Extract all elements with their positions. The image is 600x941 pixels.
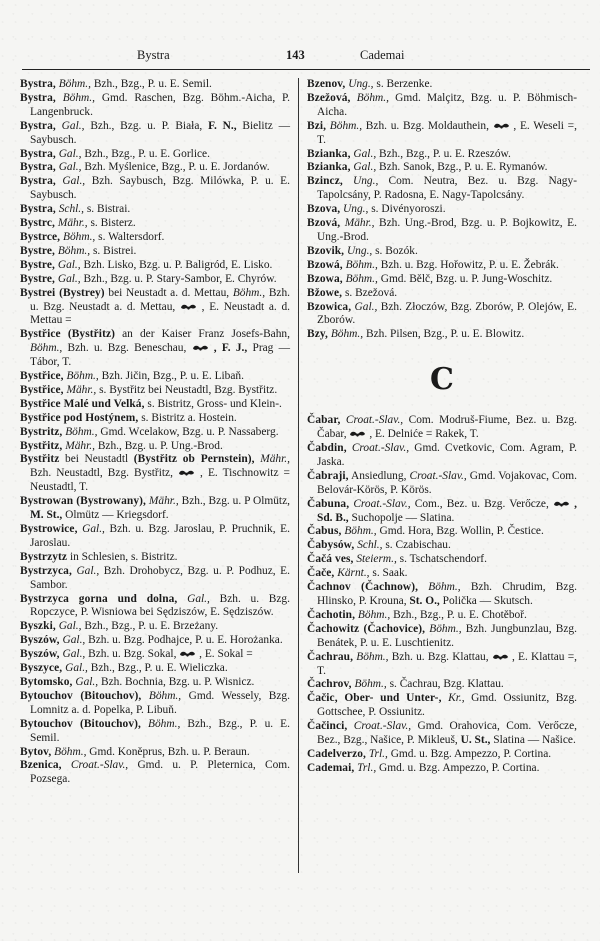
entry-headword: Čachotin, bbox=[307, 609, 355, 621]
entry-body: s. Bozók. bbox=[375, 245, 418, 257]
header-rule bbox=[22, 69, 590, 70]
entry-region: Böhm., bbox=[358, 609, 390, 621]
entry-region: Gal., bbox=[62, 175, 85, 187]
entry-region: Trl., bbox=[369, 748, 388, 760]
entry-body-continued: , E. Delniće = Rakek, T. bbox=[369, 428, 478, 440]
entry-qualifier: Ansiedlung, bbox=[351, 470, 406, 482]
gazetteer-entry: Cademai, Trl., Gmd. u. Bzg. Ampezzo, P. … bbox=[307, 762, 577, 776]
gazetteer-entry: Čachotin, Böhm., Bzh., Bzg., P. u. E. Ch… bbox=[307, 609, 577, 623]
entry-region: Mähr., bbox=[65, 440, 95, 452]
gazetteer-entry: Bystra, Gal., Bzh. Saybusch, Bzg. Milówk… bbox=[20, 175, 290, 203]
post-horn-icon bbox=[179, 650, 196, 658]
entry-region: Gal., bbox=[353, 148, 376, 160]
entry-body: s. Bistritz a. Hostein. bbox=[141, 412, 237, 424]
entry-headword: Bystrowan (Bystrowany), bbox=[20, 495, 146, 507]
entry-region: Schl., bbox=[59, 203, 84, 215]
entry-region: Böhm., bbox=[330, 120, 362, 132]
entry-region: Gal., bbox=[75, 676, 98, 688]
entry-region: Mähr., bbox=[149, 495, 179, 507]
gazetteer-entry: Bytov, Böhm., Gmd. Koněprus, Bzh. u. P. … bbox=[20, 746, 290, 760]
page-header: Bystra 143 Cademai bbox=[22, 48, 590, 64]
entry-headword: Čachrau, bbox=[307, 651, 353, 663]
gazetteer-entry: Bystre, Gal., Bzh., Bzg. u. P. Stary-Sam… bbox=[20, 273, 290, 287]
entry-headword: Bystra, bbox=[20, 120, 56, 132]
entry-body: Gmd. u. P. Pleternica, Com. Pozsega. bbox=[30, 759, 290, 785]
entry-headword: Čachowitz (Čachovice), bbox=[307, 623, 425, 635]
entry-body: s. Bisterz. bbox=[90, 217, 135, 229]
entry-headword: Bzenica, bbox=[20, 759, 62, 771]
entry-headword: Bzy, bbox=[307, 328, 328, 340]
entry-body: Gmd. Wcelakow, Bzg. u. P. Nassaberg. bbox=[100, 426, 278, 438]
entry-headword: Bystřitz bbox=[20, 453, 59, 465]
entry-region: Mähr., bbox=[345, 217, 375, 229]
gazetteer-entry: Byszów, Gal., Bzh. u. Bzg. Sokal, , E. S… bbox=[20, 648, 290, 662]
entry-body: Bzh. u. Bzg. Beneschau, bbox=[68, 342, 187, 354]
entry-region: Böhm., bbox=[233, 287, 265, 299]
gazetteer-entry: Bzowá, Böhm., Bzh. u. Bzg. Hořowitz, P. … bbox=[307, 259, 577, 273]
entry-region: Böhm., bbox=[346, 273, 378, 285]
entry-region: Ung., bbox=[353, 175, 378, 187]
entry-region: Gal., bbox=[59, 620, 82, 632]
entry-headword: Byszyce, bbox=[20, 662, 62, 674]
entry-station-marker: St. O., bbox=[409, 595, 439, 607]
entry-headword: Bystrzytz bbox=[20, 551, 67, 563]
post-horn-icon bbox=[180, 303, 197, 311]
gazetteer-entry: Bystritz, Böhm., Gmd. Wcelakow, Bzg. u. … bbox=[20, 426, 290, 440]
entry-headword: Čabus, bbox=[307, 525, 341, 537]
gazetteer-entry: Bzežová, Böhm., Gmd. Malçitz, Bzg. u. P.… bbox=[307, 92, 577, 120]
entry-body: Bzh. Lisko, Bzg. u. P. Baligród, E. Lisk… bbox=[84, 259, 273, 271]
entry-headword: Bystra, bbox=[20, 148, 56, 160]
entry-body: s. Bistrai. bbox=[87, 203, 130, 215]
gazetteer-entry: Bystřice Malé und Velká, s. Bistritz, Gr… bbox=[20, 398, 290, 412]
entry-region: Gal., bbox=[62, 648, 85, 660]
entry-body-continued: Olmütz — Kriegsdorf. bbox=[65, 509, 168, 521]
entry-headword: Bystřice (Bystřitz) bbox=[20, 328, 115, 340]
entry-body: s. Bzežová. bbox=[345, 287, 397, 299]
entry-region: Mähr., bbox=[260, 453, 290, 465]
gazetteer-entry: Bystra, Gal., Bzh. Myślenice, Bzg., P. u… bbox=[20, 161, 290, 175]
gazetteer-entry: Bystrei (Bystrey) bei Neustadt a. d. Met… bbox=[20, 287, 290, 329]
entry-body: Bzh., Bzg. u. P Olmütz, bbox=[182, 495, 290, 507]
gazetteer-entry: Bzová, Mähr., Bzh. Ung.-Brod, Bzg. u. P.… bbox=[307, 217, 577, 245]
entry-station-marker: , F. J., bbox=[214, 342, 247, 354]
entry-region: Gal., bbox=[59, 161, 82, 173]
gazetteer-entry: Bystra, Böhm., Bzh., Bzg., P. u. E. Semi… bbox=[20, 78, 290, 92]
left-column: Bystra, Böhm., Bzh., Bzg., P. u. E. Semi… bbox=[20, 78, 290, 787]
entry-headword: Bzowa, bbox=[307, 273, 343, 285]
gazetteer-entry: Bzowa, Böhm., Gmd. Bělč, Bzg. u. P. Jung… bbox=[307, 273, 577, 287]
gazetteer-entry: Bzincz, Ung., Com. Neutra, Bez. u. Bzg. … bbox=[307, 175, 577, 203]
entry-region: Kärnt., bbox=[337, 567, 369, 579]
entry-body: Bzh. u. Bzg. Klattau, bbox=[392, 651, 489, 663]
entry-headword: Bystra, bbox=[20, 92, 56, 104]
gazetteer-entry: Čachowitz (Čachovice), Böhm., Bzh. Jungb… bbox=[307, 623, 577, 651]
entry-body: Bzh. Neustadtl, Bzg. Bystřitz, bbox=[30, 467, 173, 479]
entry-region: Croat.-Slav., bbox=[71, 759, 128, 771]
entry-headword: Cadelverzo, bbox=[307, 748, 366, 760]
entry-region: Gal., bbox=[353, 161, 376, 173]
entry-headword: Bzowá, bbox=[307, 259, 343, 271]
entry-body: Com., Bez. u. Bzg. Verőcze, bbox=[415, 498, 549, 510]
gazetteer-entry: Bystrzyca gorna und dolna, Gal., Bzh. u.… bbox=[20, 593, 290, 621]
gazetteer-entry: Bystra, Böhm., Gmd. Raschen, Bzg. Böhm.-… bbox=[20, 92, 290, 120]
entry-region: Gal., bbox=[65, 662, 88, 674]
gazetteer-entry: Bystřitz, Mähr., Bzh., Bzg. u. P. Ung.-B… bbox=[20, 440, 290, 454]
entry-headword-alt: (Bystřitz ob Pernstein), bbox=[134, 453, 255, 465]
entry-body: Bzh. u. Bzg. Hořowitz, P. u. E. Žebrák. bbox=[381, 259, 559, 271]
entry-headword: Byszki, bbox=[20, 620, 56, 632]
gazetteer-entry: Bystřice, Böhm., Bzh. Jičin, Bzg., P. u.… bbox=[20, 370, 290, 384]
entry-headword: Čabuna, bbox=[307, 498, 349, 510]
gazetteer-entry: Čačic, Ober- und Unter-, Kr., Gmd. Ossiu… bbox=[307, 692, 577, 720]
entry-region: Böhm., bbox=[54, 746, 86, 758]
entry-headword: Bystřice pod Hostýnem, bbox=[20, 412, 138, 424]
gazetteer-entry: Čabus, Böhm., Gmd. Hora, Bzg. Wollin, P.… bbox=[307, 525, 577, 539]
entry-body: Bzh., Bzg. u. P. Ung.-Brod. bbox=[98, 440, 223, 452]
gazetteer-entry: Bystřice pod Hostýnem, s. Bistritz a. Ho… bbox=[20, 412, 290, 426]
right-column: Bzenov, Ung., s. Berzenke. Bzežová, Böhm… bbox=[307, 78, 577, 776]
entry-region: Gal., bbox=[82, 523, 105, 535]
gazetteer-entry: Bzovik, Ung., s. Bozók. bbox=[307, 245, 577, 259]
gazetteer-entry: Bzova, Ung., s. Divényoroszi. bbox=[307, 203, 577, 217]
post-horn-icon bbox=[553, 500, 570, 508]
entry-headword: Bystřice, bbox=[20, 384, 64, 396]
entry-body: s. Berzenke. bbox=[376, 78, 432, 90]
entry-body: Bzh., Bzg. u. P. Stary-Sambor, E. Chyrów… bbox=[84, 273, 277, 285]
entry-region: Croat.-Slav., bbox=[353, 498, 410, 510]
entry-region: Croat.-Slav., bbox=[352, 442, 409, 454]
entry-station-marker: M. St., bbox=[30, 509, 62, 521]
entry-body: Bzh., Bzg., P. u. E. Brzeżany. bbox=[84, 620, 218, 632]
entry-headword: Bytomsko, bbox=[20, 676, 72, 688]
c-entries: Čabar, Croat.-Slav., Com. Modruš-Fiume, … bbox=[307, 414, 577, 776]
entry-region: Gal., bbox=[58, 259, 81, 271]
gazetteer-entry: Bzenica, Croat.-Slav., Gmd. u. P. Pleter… bbox=[20, 759, 290, 787]
gazetteer-entry: Bystřitz bei Neustadtl (Bystřitz ob Pern… bbox=[20, 453, 290, 495]
entry-region: Böhm., bbox=[356, 651, 388, 663]
b-entries: Bzenov, Ung., s. Berzenke. Bzežová, Böhm… bbox=[307, 78, 577, 342]
entry-headword: Bzianka, bbox=[307, 161, 351, 173]
page-number: 143 bbox=[286, 48, 305, 63]
entry-body: s. Bystřitz bei Neustadtl, Bzg. Bystřitz… bbox=[99, 384, 277, 396]
entry-body: s. Bistritz, Gross- und Klein-. bbox=[147, 398, 281, 410]
gazetteer-entry: Čačá ves, Steierm., s. Tschatschendorf. bbox=[307, 553, 577, 567]
entry-headword: Bzova, bbox=[307, 203, 340, 215]
entry-headword: Čabysów, bbox=[307, 539, 354, 551]
entry-headword: Bystrce, bbox=[20, 231, 60, 243]
entry-region: Mähr., bbox=[58, 217, 88, 229]
entry-headword: Čabdin, bbox=[307, 442, 347, 454]
entry-region: Gal., bbox=[62, 634, 85, 646]
entry-body: s. Tschatschendorf. bbox=[400, 553, 487, 565]
entry-headword: Bystre, bbox=[20, 273, 55, 285]
entry-headword: Čabar, bbox=[307, 414, 340, 426]
entry-region: Gal., bbox=[187, 593, 210, 605]
gazetteer-entry: Byszki, Gal., Bzh., Bzg., P. u. E. Brzeż… bbox=[20, 620, 290, 634]
entry-headword: Byszów, bbox=[20, 634, 60, 646]
entry-headword: Bzi, bbox=[307, 120, 326, 132]
gazetteer-entry: Bystre, Böhm., s. Bistrei. bbox=[20, 245, 290, 259]
post-horn-icon bbox=[349, 430, 366, 438]
entry-region: Böhm., bbox=[428, 581, 460, 593]
entry-region: Böhm., bbox=[148, 718, 180, 730]
entry-body: Bzh. Sanok, Bzg., P. u. E. Rymanów. bbox=[379, 161, 547, 173]
entry-region: Böhm., bbox=[344, 525, 376, 537]
entry-station-marker: U. St., bbox=[461, 734, 491, 746]
entry-region: Croat.-Slav., bbox=[346, 414, 403, 426]
entry-body: s. Saak. bbox=[372, 567, 407, 579]
entry-qualifier: bei Neustadtl bbox=[65, 453, 128, 465]
gazetteer-entry: Bzi, Böhm., Bzh. u. Bzg. Moldauthein, , … bbox=[307, 120, 577, 148]
entry-region: Böhm., bbox=[30, 342, 62, 354]
entry-headword: Bystřice, bbox=[20, 370, 64, 382]
entry-region: Gal., bbox=[59, 148, 82, 160]
gazetteer-entry: Bzy, Böhm., Bzh. Pilsen, Bzg., P. u. E. … bbox=[307, 328, 577, 342]
entry-body: Gmd. Hora, Bzg. Wollin, P. Čestice. bbox=[379, 525, 543, 537]
gazetteer-entry: Bžowe, s. Bzežová. bbox=[307, 287, 577, 301]
entry-headword: Bžowe, bbox=[307, 287, 342, 299]
entry-body: Bzh., Bzg., P. u. E. Wieliczka. bbox=[91, 662, 228, 674]
entry-headword: Bystra, bbox=[20, 203, 56, 215]
entry-body: Bzh. u. Bzg. Sokal, bbox=[88, 648, 176, 660]
gazetteer-entry: Čachrov, Böhm., s. Čachrau, Bzg. Klattau… bbox=[307, 678, 577, 692]
entry-region: Böhm., bbox=[331, 328, 363, 340]
column-divider bbox=[298, 78, 299, 873]
entry-region: Gal., bbox=[76, 565, 99, 577]
entry-body-continued: , E. Sokal = bbox=[199, 648, 253, 660]
post-horn-icon bbox=[192, 344, 209, 352]
entry-headword: Bzovik, bbox=[307, 245, 344, 257]
entry-region: Böhm., bbox=[346, 259, 378, 271]
gazetteer-entry: Bystřice, Mähr., s. Bystřitz bei Neustad… bbox=[20, 384, 290, 398]
entry-body: s. Bistrei. bbox=[93, 245, 136, 257]
entry-region: Steierm., bbox=[356, 553, 397, 565]
gazetteer-entry: Čabdin, Croat.-Slav., Gmd. Cvetkovic, Co… bbox=[307, 442, 577, 470]
entry-headword: Bystřitz, bbox=[20, 440, 62, 452]
entry-headword: Cademai, bbox=[307, 762, 354, 774]
entry-station-marker: F. N., bbox=[208, 120, 237, 132]
entry-body: s. Waltersdorf. bbox=[98, 231, 164, 243]
entry-headword: Čachnov (Čachnow), bbox=[307, 581, 418, 593]
gazetteer-entry: Bystrowice, Gal., Bzh. u. Bzg. Jaroslau,… bbox=[20, 523, 290, 551]
entry-headword: Bystritz, bbox=[20, 426, 62, 438]
entry-region: Böhm., bbox=[63, 231, 95, 243]
entry-headword: Čačinci, bbox=[307, 720, 347, 732]
gazetteer-entry: Bzianka, Gal., Bzh., Bzg., P. u. E. Rzes… bbox=[307, 148, 577, 162]
entry-region: Böhm., bbox=[58, 245, 90, 257]
entry-headword: Bzianka, bbox=[307, 148, 351, 160]
gazetteer-entry: Čachnov (Čachnow), Böhm., Bzh. Chrudim, … bbox=[307, 581, 577, 609]
entry-body: s. Čachrau, Bzg. Klattau. bbox=[390, 678, 504, 690]
entry-region: Croat.-Slav., bbox=[409, 470, 466, 482]
entry-headword: Bystra, bbox=[20, 78, 56, 90]
entry-headword: Bystra, bbox=[20, 175, 56, 187]
entry-headword: Čačá ves, bbox=[307, 553, 353, 565]
entry-body: Bzh., Bzg., P. u. E. Gorlice. bbox=[84, 148, 210, 160]
entry-region: Böhm., bbox=[354, 678, 386, 690]
gazetteer-entry: Cadelverzo, Trl., Gmd. u. Bzg. Ampezzo, … bbox=[307, 748, 577, 762]
entry-body-continued: Slatina — Našice. bbox=[493, 734, 576, 746]
entry-body-continued: Polička — Skutsch. bbox=[443, 595, 533, 607]
gazetteer-entry: Čabar, Croat.-Slav., Com. Modruš-Fiume, … bbox=[307, 414, 577, 442]
entry-qualifier: an der Kaiser Franz Josefs-Bahn, bbox=[122, 328, 290, 340]
entry-region: Böhm., bbox=[66, 370, 98, 382]
entry-region: Ung., bbox=[343, 203, 368, 215]
entry-qualifier: bei Neustadt a. d. Mettau, bbox=[108, 287, 229, 299]
entry-headword: Bystrei (Bystrey) bbox=[20, 287, 105, 299]
entry-headword: Čačic, Ober- und Unter-, bbox=[307, 692, 442, 704]
post-horn-icon bbox=[493, 122, 510, 130]
gazetteer-entry: Bytouchov (Bitouchov), Böhm., Gmd. Wesse… bbox=[20, 690, 290, 718]
entry-body: in Schlesien, s. Bistritz. bbox=[70, 551, 178, 563]
gazetteer-entry: Byszów, Gal., Bzh. u. Bzg. Podhajce, P. … bbox=[20, 634, 290, 648]
gazetteer-entry: Bystra, Schl., s. Bistrai. bbox=[20, 203, 290, 217]
entry-body: s. Divényoroszi. bbox=[371, 203, 445, 215]
section-letter-heading: C bbox=[307, 360, 577, 400]
entry-body: Bzh., Bzg., P. u. E. Semil. bbox=[94, 78, 212, 90]
entry-region: Böhm., bbox=[63, 92, 95, 104]
gazetteer-entry: Bystrowan (Bystrowany), Mähr., Bzh., Bzg… bbox=[20, 495, 290, 523]
entry-region: Böhm., bbox=[65, 426, 97, 438]
entry-headword: Bystrzyca, bbox=[20, 565, 72, 577]
gazetteer-entry: Bystrzyca, Gal., Bzh. Drohobycz, Bzg. u.… bbox=[20, 565, 290, 593]
scanned-page: Bystra 143 Cademai Bystra, Böhm., Bzh., … bbox=[0, 0, 600, 941]
entry-headword: Bytouchov (Bitouchov), bbox=[20, 718, 141, 730]
entry-body: Gmd. Bělč, Bzg. u. P. Jung-Woschitz. bbox=[381, 273, 553, 285]
gazetteer-entry: Bytouchov (Bitouchov), Böhm., Bzh., Bzg.… bbox=[20, 718, 290, 746]
gazetteer-entry: Bystrce, Böhm., s. Waltersdorf. bbox=[20, 231, 290, 245]
entry-headword: Čače, bbox=[307, 567, 334, 579]
entry-headword: Bytouchov (Bitouchov), bbox=[20, 690, 141, 702]
entry-body: Gmd. Koněprus, Bzh. u. P. Beraun. bbox=[89, 746, 249, 758]
gazetteer-entry: Bystrc, Mähr., s. Bisterz. bbox=[20, 217, 290, 231]
right-guide-word: Cademai bbox=[360, 48, 404, 63]
entry-body: Gmd. u. Bzg. Ampezzo, P. Cortina. bbox=[379, 762, 539, 774]
gazetteer-entry: Bzowica, Gal., Bzh. Złoczów, Bzg. Zborów… bbox=[307, 301, 577, 329]
entry-body: Bzh., Bzg., P. u. E. Chotěboř. bbox=[393, 609, 527, 621]
entry-region: Kr., bbox=[448, 692, 464, 704]
entry-body: Bzh. Bochnia, Bzg. u. P. Wisnicz. bbox=[101, 676, 254, 688]
gazetteer-entry: Čabuna, Croat.-Slav., Com., Bez. u. Bzg.… bbox=[307, 498, 577, 526]
entry-body: Bzh. Jičin, Bzg., P. u. E. Libaň. bbox=[102, 370, 244, 382]
entry-region: Ung., bbox=[348, 78, 373, 90]
post-horn-icon bbox=[178, 469, 195, 477]
entry-body: Bzh. Myślenice, Bzg., P. u. E. Jordanów. bbox=[84, 161, 269, 173]
gazetteer-entry: Bytomsko, Gal., Bzh. Bochnia, Bzg. u. P.… bbox=[20, 676, 290, 690]
entry-headword: Bzová, bbox=[307, 217, 340, 229]
entry-headword: Bystre, bbox=[20, 245, 55, 257]
gazetteer-entry: Čačinci, Croat.-Slav., Gmd. Orahovica, C… bbox=[307, 720, 577, 748]
entry-body: Bzh. u. Bzg. Moldauthein, bbox=[366, 120, 489, 132]
gazetteer-entry: Bzianka, Gal., Bzh. Sanok, Bzg., P. u. E… bbox=[307, 161, 577, 175]
entry-region: Croat.-Slav., bbox=[354, 720, 411, 732]
entry-body: Bzh., Bzg., P. u. E. Rzeszów. bbox=[379, 148, 511, 160]
entry-headword: Čachrov, bbox=[307, 678, 352, 690]
entry-body: s. Czabischau. bbox=[385, 539, 450, 551]
entry-headword: Bzežová, bbox=[307, 92, 351, 104]
entry-headword: Bystrzyca gorna und dolna, bbox=[20, 593, 177, 605]
entry-region: Gal., bbox=[355, 301, 378, 313]
entry-region: Böhm., bbox=[149, 690, 181, 702]
gazetteer-entry: Čabraji, Ansiedlung, Croat.-Slav., Gmd. … bbox=[307, 470, 577, 498]
entry-headword: Bytov, bbox=[20, 746, 51, 758]
entry-region: Gal., bbox=[58, 273, 81, 285]
entry-body: Bzh., Bzg. u. P. Biała, bbox=[90, 120, 202, 132]
entry-headword: Bzowica, bbox=[307, 301, 351, 313]
entry-headword: Bystrowice, bbox=[20, 523, 78, 535]
entry-body: Bzh. u. Bzg. Podhajce, P. u. E. Horożank… bbox=[88, 634, 283, 646]
entry-headword: Bzincz, bbox=[307, 175, 343, 187]
entry-region: Böhm., bbox=[357, 92, 389, 104]
gazetteer-entry: Bystra, Gal., Bzh., Bzg. u. P. Biała, F.… bbox=[20, 120, 290, 148]
entry-headword: Bystre, bbox=[20, 259, 55, 271]
entry-headword: Byszów, bbox=[20, 648, 60, 660]
gazetteer-entry: Byszyce, Gal., Bzh., Bzg., P. u. E. Wiel… bbox=[20, 662, 290, 676]
gazetteer-entry: Bystre, Gal., Bzh. Lisko, Bzg. u. P. Bal… bbox=[20, 259, 290, 273]
entry-region: Ung., bbox=[347, 245, 372, 257]
entry-headword: Bystřice Malé und Velká, bbox=[20, 398, 145, 410]
post-horn-icon bbox=[492, 653, 509, 661]
gazetteer-entry: Bzenov, Ung., s. Berzenke. bbox=[307, 78, 577, 92]
entry-region: Böhm., bbox=[59, 78, 91, 90]
gazetteer-entry: Čachrau, Böhm., Bzh. u. Bzg. Klattau, , … bbox=[307, 651, 577, 679]
entry-body: Bzh. Pilsen, Bzg., P. u. E. Blowitz. bbox=[366, 328, 524, 340]
gazetteer-entry: Bystra, Gal., Bzh., Bzg., P. u. E. Gorli… bbox=[20, 148, 290, 162]
gazetteer-entry: Čače, Kärnt., s. Saak. bbox=[307, 567, 577, 581]
entry-region: Böhm., bbox=[429, 623, 461, 635]
entry-body: Gmd. u. Bzg. Ampezzo, P. Cortina. bbox=[391, 748, 551, 760]
entry-region: Trl., bbox=[357, 762, 376, 774]
gazetteer-entry: Bystrzytz in Schlesien, s. Bistritz. bbox=[20, 551, 290, 565]
entry-headword: Bzenov, bbox=[307, 78, 345, 90]
entry-region: Mähr., bbox=[66, 384, 96, 396]
gazetteer-entry: Bystřice (Bystřitz) an der Kaiser Franz … bbox=[20, 328, 290, 370]
entry-headword: Bystra, bbox=[20, 161, 56, 173]
left-guide-word: Bystra bbox=[137, 48, 170, 63]
entry-region: Schl., bbox=[357, 539, 382, 551]
entry-headword: Čabraji, bbox=[307, 470, 349, 482]
entry-body-continued: Suchopolje — Slatina. bbox=[352, 512, 455, 524]
entry-region: Gal., bbox=[62, 120, 85, 132]
gazetteer-entry: Čabysów, Schl., s. Czabischau. bbox=[307, 539, 577, 553]
entry-headword: Bystrc, bbox=[20, 217, 55, 229]
